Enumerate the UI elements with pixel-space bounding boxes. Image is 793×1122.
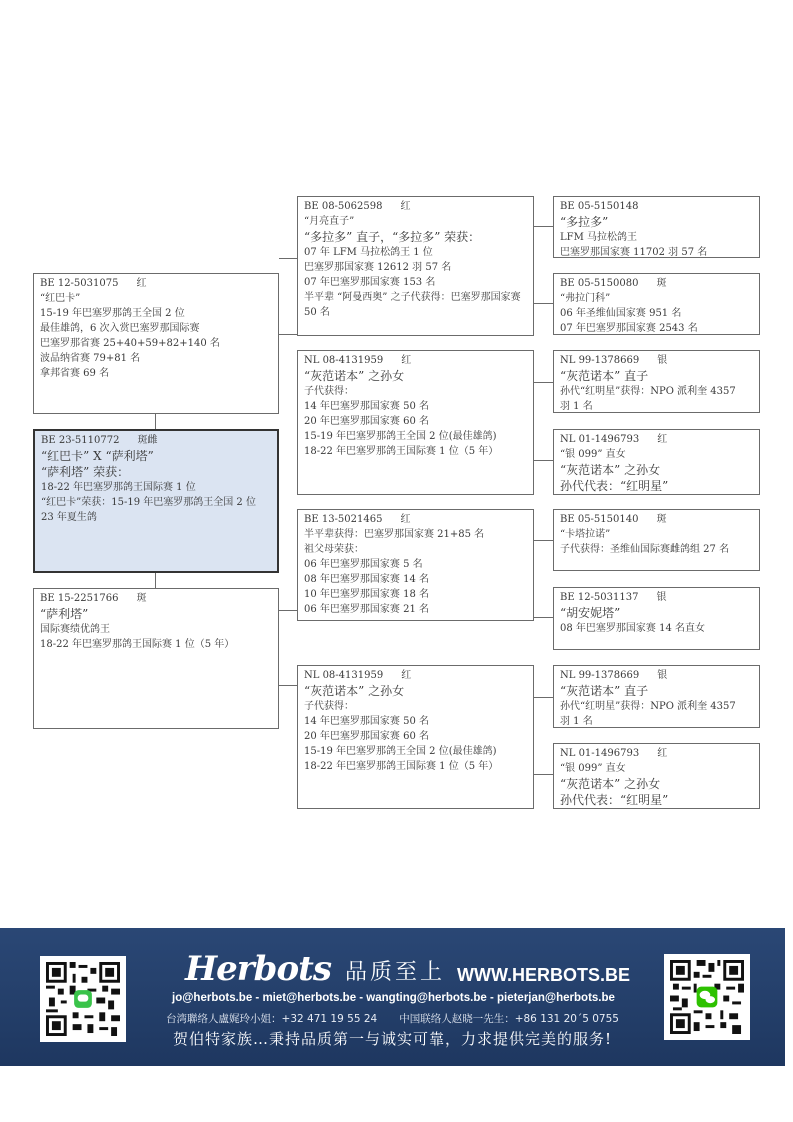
pigeon-name: “银 099” 直女 <box>560 761 753 776</box>
connector-line <box>155 573 156 589</box>
achievement-line: 18-22 年巴塞罗那鸽王国际赛 1 位（5 年） <box>304 759 527 774</box>
achievement-line: 15-19 年巴塞罗那鸽王全国 2 位 <box>40 306 272 321</box>
achievement-line: 07 年巴塞罗那国家赛 153 名 <box>304 275 527 290</box>
connector-line <box>534 460 553 461</box>
great-grandparent-card: BE 05-5150148 “多拉多” LFM 马拉松鸽王 巴塞罗那国家赛 11… <box>553 196 760 258</box>
connector-line <box>534 697 553 698</box>
great-grandparent-card: NL 01-1496793红 “银 099” 直女 “灰范诺本” 之孙女 孙代代… <box>553 743 760 809</box>
ring-number: BE 23-5110772 <box>41 435 119 446</box>
achievement-line: 孙代代表：“红明星” <box>560 478 753 494</box>
achievement-line: 巴塞罗那国家赛 11702 羽 57 名 <box>560 245 753 258</box>
achievement-line: 06 年圣维仙国家赛 951 名 <box>560 306 753 321</box>
achievement-line: 孙代“红明星”获得：NPO 派利奎 4357 <box>560 384 753 399</box>
ring-number: NL 99-1378669 <box>560 670 639 681</box>
ring-number: NL 01-1496793 <box>560 748 639 759</box>
herbots-logo: Herbots <box>185 950 331 988</box>
pigeon-name: “萨利塔” <box>40 606 272 622</box>
dam-sire-card: BE 13-5021465红 半平辈获得：巴塞罗那国家赛 21+85 名 祖父母… <box>297 509 534 621</box>
achievement-line: 08 年巴塞罗那国家赛 14 名 <box>304 572 527 587</box>
pigeon-name: “灰范诺本” 直子 <box>560 368 753 384</box>
sire-sire-card: BE 08-5062598红 “月亮直子” “多拉多” 直子，“多拉多” 荣获：… <box>297 196 534 336</box>
dam-dam-card: NL 08-4131959红 “灰范诺本” 之孙女 子代获得： 14 年巴塞罗那… <box>297 665 534 809</box>
achievement-line: 羽 1 名 <box>560 399 753 413</box>
ring-number: BE 05-5150140 <box>560 514 638 525</box>
achievement-line: “灰范诺本” 之孙女 <box>560 462 753 478</box>
achievement-line: 孙代代表：“红明星” <box>560 792 753 808</box>
connector-line <box>279 258 297 259</box>
great-grandparent-card: NL 01-1496793红 “银 099” 直女 “灰范诺本” 之孙女 孙代代… <box>553 429 760 495</box>
parents-line: “红巴卡” X “萨利塔” <box>41 448 271 464</box>
plumage-color: 斑 <box>656 278 666 289</box>
birth-year: 23 年夏生鸽 <box>41 510 271 525</box>
subject-pigeon-card: BE 23-5110772斑雌 “红巴卡” X “萨利塔” “萨利塔” 荣获： … <box>33 429 279 573</box>
ring-number: BE 13-5021465 <box>304 514 382 525</box>
line-qr-code[interactable] <box>40 956 126 1042</box>
achievement-line: 06 年巴塞罗那国家赛 5 名 <box>304 557 527 572</box>
achievement-line: 15-19 年巴塞罗那鸽王全国 2 位(最佳雄鸽) <box>304 744 527 759</box>
ring-number: NL 99-1378669 <box>560 355 639 366</box>
ring-number: NL 08-4131959 <box>304 355 383 366</box>
great-grandparent-card: NL 99-1378669银 “灰范诺本” 直子 孙代“红明星”获得：NPO 派… <box>553 350 760 413</box>
achievement-line: 半平辈 “阿曼西奥” 之子代获得：巴塞罗那国家赛 50 名 <box>304 290 527 320</box>
plumage-color: 红 <box>657 748 667 759</box>
plumage-color: 银 <box>656 592 666 603</box>
pigeon-name: “灰范诺本” 直子 <box>560 683 753 699</box>
plumage-color: 斑 <box>656 514 666 525</box>
plumage-color: 银 <box>657 355 667 366</box>
wechat-qr-code[interactable] <box>664 954 750 1040</box>
ring-number: BE 08-5062598 <box>304 201 382 212</box>
achievement-line: “多拉多” 直子，“多拉多” 荣获： <box>304 229 527 245</box>
achievement-line: “萨利塔” 荣获： <box>41 464 271 480</box>
achievement-line: LFM 马拉松鸽王 <box>560 230 753 245</box>
achievement-line: 半平辈获得：巴塞罗那国家赛 21+85 名 <box>304 527 527 542</box>
achievement-line: 14 年巴塞罗那国家赛 50 名 <box>304 714 527 729</box>
plumage-color: 红 <box>657 434 667 445</box>
contact-emails[interactable]: jo@herbots.be - miet@herbots.be - wangti… <box>172 992 612 1004</box>
qr-code-icon <box>670 960 744 1034</box>
great-grandparent-card: BE 12-5031137银 “胡安妮塔” 08 年巴塞罗那国家赛 14 名直女 <box>553 587 760 650</box>
connector-line <box>534 617 553 618</box>
pigeon-name: “多拉多” <box>560 214 753 230</box>
great-grandparent-card: BE 05-5150080斑 “弗拉门科” 06 年圣维仙国家赛 951 名 0… <box>553 273 760 335</box>
achievement-line: 10 年巴塞罗那国家赛 18 名 <box>304 587 527 602</box>
achievement-line: 巴塞罗那国家赛 12612 羽 57 名 <box>304 260 527 275</box>
ring-number: NL 01-1496793 <box>560 434 639 445</box>
achievement-line: 08 年巴塞罗那国家赛 14 名直女 <box>560 621 753 636</box>
achievement-line: 14 年巴塞罗那国家赛 50 名 <box>304 399 527 414</box>
achievement-line: 07 年巴塞罗那国家赛 2543 名 <box>560 321 753 335</box>
ring-number: BE 12-5031075 <box>40 278 118 289</box>
ring-number: NL 08-4131959 <box>304 670 383 681</box>
plumage-color: 红 <box>400 201 410 212</box>
pigeon-name: “红巴卡” <box>40 291 272 306</box>
plumage-color: 斑雌 <box>137 435 157 446</box>
plumage-color: 斑 <box>136 593 146 604</box>
achievement-line: 子代获得：圣维仙国际赛雌鸽组 27 名 <box>560 542 753 557</box>
achievement-line: 18-22 年巴塞罗那鸽王国际赛 1 位（5 年） <box>304 444 527 459</box>
ring-number: BE 05-5150080 <box>560 278 638 289</box>
connector-line <box>279 334 297 335</box>
plumage-color: 红 <box>401 670 411 681</box>
plumage-color: 红 <box>400 514 410 525</box>
achievement-line: 20 年巴塞罗那国家赛 60 名 <box>304 414 527 429</box>
achievement-line: 子代获得： <box>304 384 527 399</box>
contact-taiwan: 台湾聯络人盧娓玲小姐：+32 471 19 55 24 <box>166 1013 377 1025</box>
connector-line <box>279 610 297 611</box>
ring-number: BE 12-5031137 <box>560 592 638 603</box>
achievement-line: 巴塞罗那省赛 25+40+59+82+140 名 <box>40 336 272 351</box>
achievement-line: 祖父母荣获： <box>304 542 527 557</box>
achievement-line: “红巴卡”荣获：15-19 年巴塞罗那鸽王全国 2 位 <box>41 495 271 510</box>
sire-card: BE 12-5031075红 “红巴卡” 15-19 年巴塞罗那鸽王全国 2 位… <box>33 273 279 414</box>
achievement-line: 18-22 年巴塞罗那鸽王国际赛 1 位 <box>41 480 271 495</box>
brand-slogan: 品质至上 <box>345 958 445 988</box>
achievement-line: 18-22 年巴塞罗那鸽王国际赛 1 位（5 年） <box>40 637 272 652</box>
connector-line <box>279 685 297 686</box>
great-grandparent-card: BE 05-5150140斑 “卡塔拉诺” 子代获得：圣维仙国际赛雌鸽组 27 … <box>553 509 760 571</box>
achievement-line: “灰范诺本” 之孙女 <box>560 776 753 792</box>
connector-line <box>534 774 553 775</box>
qr-code-icon <box>46 962 120 1036</box>
pigeon-name: “灰范诺本” 之孙女 <box>304 368 527 384</box>
connector-line <box>155 414 156 430</box>
pigeon-name: “胡安妮塔” <box>560 605 753 621</box>
company-motto: 贺伯特家族…秉持品质第一与诚实可靠，力求提供完美的服务! <box>140 1028 645 1049</box>
achievement-line: 波品纳省赛 79+81 名 <box>40 351 272 366</box>
ring-number: BE 15-2251766 <box>40 593 118 604</box>
achievement-line: 国际赛绩优鸽王 <box>40 622 272 637</box>
achievement-line: 15-19 年巴塞罗那鸽王全国 2 位(最佳雄鸽) <box>304 429 527 444</box>
website-link[interactable]: WWW.HERBOTS.BE <box>457 962 630 988</box>
dam-card: BE 15-2251766斑 “萨利塔” 国际赛绩优鸽王 18-22 年巴塞罗那… <box>33 588 279 729</box>
achievement-line: 子代获得： <box>304 699 527 714</box>
plumage-color: 红 <box>401 355 411 366</box>
pigeon-name: “灰范诺本” 之孙女 <box>304 683 527 699</box>
achievement-line: 拿邦省赛 69 名 <box>40 366 272 381</box>
great-grandparent-card: NL 99-1378669银 “灰范诺本” 直子 孙代“红明星”获得：NPO 派… <box>553 665 760 728</box>
contact-phones: 台湾聯络人盧娓玲小姐：+32 471 19 55 24中国联络人赵晓一先生：+8… <box>140 1011 645 1026</box>
connector-line <box>534 540 553 541</box>
sire-dam-card: NL 08-4131959红 “灰范诺本” 之孙女 子代获得： 14 年巴塞罗那… <box>297 350 534 495</box>
pigeon-name: “卡塔拉诺” <box>560 527 753 542</box>
achievement-line: 羽 1 名 <box>560 714 753 728</box>
connector-line <box>534 303 553 304</box>
pigeon-name: “月亮直子” <box>304 214 527 229</box>
connector-line <box>534 382 553 383</box>
contact-china: 中国联络人赵晓一先生：+86 131 20´5 0755 <box>399 1013 619 1025</box>
plumage-color: 红 <box>136 278 146 289</box>
connector-line <box>534 226 553 227</box>
achievement-line: 最佳雄鸽，6 次入赏巴塞罗那国际赛 <box>40 321 272 336</box>
achievement-line: 孙代“红明星”获得：NPO 派利奎 4357 <box>560 699 753 714</box>
achievement-line: 06 年巴塞罗那国家赛 21 名 <box>304 602 527 617</box>
achievement-line: 07 年 LFM 马拉松鸽王 1 位 <box>304 245 527 260</box>
ring-number: BE 05-5150148 <box>560 201 638 212</box>
pigeon-name: “银 099” 直女 <box>560 447 753 462</box>
plumage-color: 银 <box>657 670 667 681</box>
footer-banner: Herbots 品质至上 WWW.HERBOTS.BE jo@herbots.b… <box>0 928 785 1066</box>
pigeon-name: “弗拉门科” <box>560 291 753 306</box>
brand-row: Herbots 品质至上 WWW.HERBOTS.BE <box>185 948 630 988</box>
achievement-line: 20 年巴塞罗那国家赛 60 名 <box>304 729 527 744</box>
